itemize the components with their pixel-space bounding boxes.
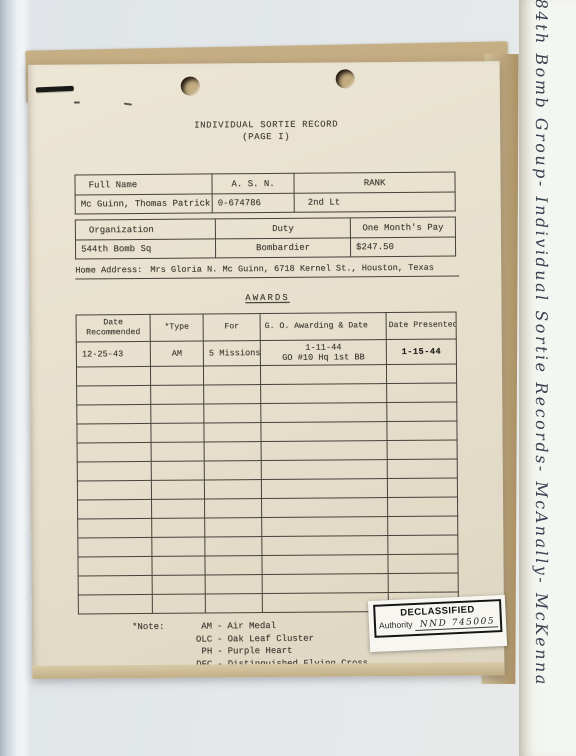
empty-cell: [152, 575, 205, 594]
empty-cell: [260, 365, 386, 385]
home-address-value: Mrs Gloria N. Mc Guinn, 6718 Kernel St.,…: [150, 263, 434, 275]
empty-cell: [152, 518, 205, 537]
empty-cell: [77, 480, 151, 500]
punch-hole-right: [336, 69, 355, 88]
note-part: *Note:: [132, 621, 184, 634]
value-rank: 2nd Lt: [294, 192, 455, 212]
authority-label: Authority: [379, 619, 413, 631]
empty-cell: [388, 573, 458, 593]
home-address-label: Home Address:: [75, 265, 142, 276]
note-part: -: [212, 645, 228, 658]
empty-cell: [204, 480, 261, 499]
header-organization: Organization: [75, 219, 215, 240]
empty-cell: [388, 516, 458, 536]
header-type: *Type: [150, 314, 203, 341]
header-for: For: [203, 314, 260, 341]
empty-cell: [205, 575, 262, 594]
empty-cell: [387, 402, 457, 422]
empty-cell: [262, 555, 388, 575]
note-part: PH: [184, 645, 212, 658]
note-line: DFC-Distinguished Flying Cross: [132, 656, 462, 671]
cell-date-presented: 1-15-44: [386, 339, 456, 365]
empty-cell: [205, 594, 262, 613]
empty-cell: [388, 554, 458, 574]
empty-cell: [387, 421, 457, 441]
empty-cell: [204, 461, 261, 480]
header-pay: One Month's Pay: [350, 217, 455, 238]
empty-cell: [205, 499, 262, 518]
empty-cell: [262, 517, 388, 537]
declassified-sticker: DECLASSIFIED Authority NND 745005: [368, 595, 507, 652]
form-content: INDIVIDUAL SORTIE RECORD (PAGE I) Full N…: [74, 117, 462, 671]
empty-cell: [77, 404, 151, 424]
ink-speck: [124, 103, 132, 106]
empty-cell: [386, 364, 456, 384]
header-asn: A. S. N.: [212, 173, 294, 194]
empty-cell: [204, 442, 261, 461]
awards-empty-rows: [76, 364, 458, 614]
empty-cell: [77, 442, 151, 462]
title-line-2: (PAGE I): [74, 129, 458, 144]
empty-cell: [76, 366, 150, 386]
empty-cell: [387, 440, 457, 460]
note-part: DFC: [184, 658, 212, 671]
note-part: -: [212, 620, 228, 633]
note-part: AM: [184, 620, 212, 633]
empty-cell: [388, 535, 458, 555]
empty-cell: [261, 460, 387, 480]
cell-go-awarding: 1-11-44 GO #10 Hq 1st BB: [260, 340, 386, 366]
empty-cell: [261, 479, 387, 499]
empty-cell: [261, 422, 387, 442]
empty-cell: [205, 518, 262, 537]
archive-photo-scene: INDIVIDUAL SORTIE RECORD (PAGE I) Full N…: [0, 0, 576, 756]
empty-cell: [204, 404, 261, 423]
empty-cell: [152, 537, 205, 556]
value-organization: 544th Bomb Sq: [75, 239, 215, 259]
empty-cell: [78, 575, 152, 595]
empty-cell: [78, 537, 152, 557]
identity-table: Full Name A. S. N. RANK Mc Guinn, Thomas…: [74, 172, 455, 215]
note-part: -: [212, 658, 228, 671]
authority-number-handwritten: NND 745005: [415, 616, 499, 631]
note-part: Oak Leaf Cluster: [227, 632, 314, 645]
empty-cell: [78, 594, 152, 614]
empty-cell: [387, 459, 457, 479]
empty-cell: [151, 480, 204, 499]
empty-cell: [387, 478, 457, 498]
empty-cell: [261, 384, 387, 404]
duty-table: Organization Duty One Month's Pay 544th …: [75, 217, 456, 260]
empty-cell: [78, 518, 152, 538]
empty-cell: [152, 556, 205, 575]
sticker-border-box: DECLASSIFIED Authority NND 745005: [373, 599, 502, 638]
empty-cell: [261, 441, 387, 461]
header-line: Recommended: [79, 328, 148, 339]
identity-data-row: Mc Guinn, Thomas Patrick 0-674786 2nd Lt: [75, 192, 455, 214]
empty-cell: [78, 556, 152, 576]
folder-edge: 384th Bomb Group- Individual Sortie Reco…: [519, 0, 576, 756]
empty-cell: [204, 423, 261, 442]
empty-cell: [205, 537, 262, 556]
value-full-name: Mc Guinn, Thomas Patrick: [75, 194, 212, 214]
document-page: INDIVIDUAL SORTIE RECORD (PAGE I) Full N…: [28, 61, 505, 679]
duty-data-row: 544th Bomb Sq Bombardier $247.50: [75, 237, 455, 259]
go-order: GO #10 Hq 1st BB: [265, 352, 382, 363]
note-part: OLC: [184, 633, 212, 646]
empty-cell: [151, 423, 204, 442]
note-part: Distinguished Flying Cross: [228, 657, 369, 671]
empty-cell: [387, 383, 457, 403]
header-date-presented: Date Presented: [386, 312, 456, 340]
empty-cell: [77, 461, 151, 481]
empty-cell: [152, 499, 205, 518]
empty-cell: [205, 556, 262, 575]
note-part: [132, 658, 184, 671]
empty-cell: [152, 594, 205, 613]
empty-cell: [262, 498, 388, 518]
home-address-line: Home Address:Mrs Gloria N. Mc Guinn, 671…: [75, 262, 459, 279]
empty-cell: [262, 536, 388, 556]
empty-cell: [203, 366, 260, 385]
empty-cell: [77, 385, 151, 405]
empty-cell: [151, 461, 204, 480]
header-date-recommended: Date Recommended: [76, 314, 150, 342]
value-asn: 0-674786: [212, 193, 294, 213]
note-part: [132, 633, 184, 646]
awards-data-row: 12-25-43 AM 5 Missions 1-11-44 GO #10 Hq…: [76, 339, 456, 367]
cell-for: 5 Missions: [203, 341, 260, 366]
empty-cell: [204, 385, 261, 404]
empty-cell: [151, 404, 204, 423]
cell-type: AM: [150, 341, 203, 366]
header-go-awarding: G. O. Awarding & Date: [260, 313, 386, 341]
note-part: [132, 646, 184, 659]
note-part: Air Medal: [227, 620, 276, 633]
awards-header-row: Date Recommended *Type For G. O. Awardin…: [76, 312, 456, 342]
awards-table: Date Recommended *Type For G. O. Awardin…: [76, 312, 459, 615]
ink-mark: [36, 86, 74, 93]
empty-cell: [151, 385, 204, 404]
empty-cell: [150, 366, 203, 385]
empty-cell: [261, 403, 387, 423]
punch-hole-left: [181, 77, 200, 96]
empty-cell: [262, 574, 388, 594]
handwritten-margin-note: 384th Bomb Group- Individual Sortie Reco…: [532, 0, 551, 687]
empty-cell: [78, 499, 152, 519]
header-rank: RANK: [294, 172, 455, 193]
header-duty: Duty: [215, 218, 350, 239]
cell-date-recommended: 12-25-43: [76, 341, 150, 367]
note-part: Purple Heart: [228, 645, 293, 658]
header-full-name: Full Name: [75, 174, 212, 195]
empty-cell: [151, 442, 204, 461]
header-line: Date: [79, 318, 148, 329]
empty-cell: [77, 423, 151, 443]
note-part: -: [212, 633, 228, 646]
empty-cell: [388, 497, 458, 517]
ink-speck: [74, 101, 80, 103]
page-title: INDIVIDUAL SORTIE RECORD (PAGE I): [74, 117, 458, 144]
value-pay: $247.50: [350, 237, 455, 257]
value-duty: Bombardier: [215, 238, 350, 258]
awards-heading: AWARDS: [75, 291, 459, 304]
